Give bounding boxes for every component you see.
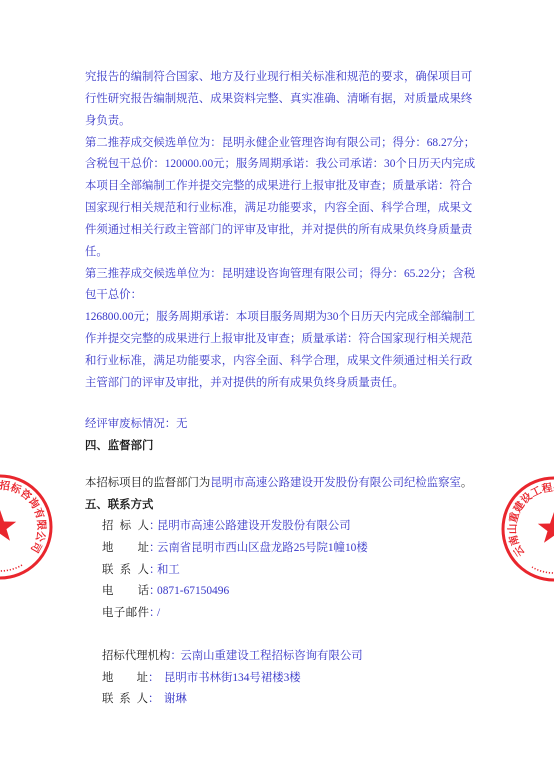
text-line: 究报告的编制符合国家、地方及行业现行相关标准和规范的要求，确保项目可	[85, 67, 495, 89]
contact-row-person: 联 系 人：谢琳	[102, 689, 495, 711]
contact-label: 电子邮件	[102, 603, 149, 625]
continuation-paragraph: 究报告的编制符合国家、地方及行业现行相关标准和规范的要求，确保项目可 行性研究报…	[85, 67, 495, 133]
text-line: 含税包干总价：120000.00元；服务周期承诺：我公司承诺：30个日历天内完成	[85, 154, 495, 176]
contact-value: 云南山重建设工程招标咨询有限公司	[180, 650, 362, 662]
contact-label: 联 系 人	[102, 689, 148, 711]
contact-separator: ：	[149, 581, 157, 603]
supervision-sentence: 本招标项目的监督部门为昆明市高速公路建设开发股份有限公司纪检监察室。	[85, 473, 495, 495]
star-icon	[0, 510, 16, 541]
contact-row-person: 联 系 人：和工	[102, 560, 495, 582]
text-line: 第二推荐成交候选单位为：昆明永健企业管理咨询有限公司；得分：68.27分；	[85, 133, 495, 155]
contact-value: /	[157, 607, 160, 619]
spacer	[85, 624, 495, 646]
text-line: 和行业标准，满足功能要求，内容全面、科学合理，成果文件须通过相关行政	[85, 351, 495, 373]
contact-label: 招标代理机构	[102, 646, 170, 668]
contact-label: 联 系 人	[102, 560, 149, 582]
contact-separator: ：	[149, 538, 157, 560]
third-candidate-paragraph: 第三推荐成交候选单位为：昆明建设咨询管理有限公司；得分：65.22分；含税 包干…	[85, 264, 495, 395]
text-line: 主管部门的评审及审批，并对提供的所有成果负终身质量责任。	[85, 373, 495, 395]
text-line: 包干总价：	[85, 285, 495, 307]
contact-value: 昆明市高速公路建设开发股份有限公司	[157, 520, 351, 532]
contact-row-address: 地 址：昆明市书林街134号裙楼3楼	[102, 668, 495, 690]
contact-value: 昆明市书林街134号裙楼3楼	[164, 672, 301, 684]
text-line: 126800.00元；服务周期承诺：本项目服务周期为30个日历天内完成全部编制工	[85, 307, 495, 329]
candidate-section: 究报告的编制符合国家、地方及行业现行相关标准和规范的要求，确保项目可 行性研究报…	[85, 67, 495, 395]
seal-stamp-left-half: 云南山重建设工程招标咨询有限公司	[0, 467, 60, 587]
contact-separator: ：	[149, 560, 157, 582]
contact-value: 和工	[157, 564, 180, 576]
disqualification-note: 经评审废标情况：无	[85, 414, 495, 436]
seal-stamp-right-half: 云南山重建设工程招标咨询有限公司	[494, 469, 554, 589]
contact-value: 谢琳	[164, 693, 187, 705]
text-line: 国家现行相关规范和行业标准，满足功能要求，内容全面、科学合理，成果文	[85, 198, 495, 220]
contact-separator: ：	[148, 668, 164, 690]
section-heading-contact: 五、联系方式	[85, 495, 495, 517]
contact-label: 地 址	[102, 538, 149, 560]
contact-separator: ：	[149, 516, 157, 538]
agency-contact-list: 招标代理机构：云南山重建设工程招标咨询有限公司 地 址：昆明市书林街134号裙楼…	[85, 646, 495, 711]
star-icon	[538, 512, 554, 543]
contact-separator: ：	[170, 646, 180, 668]
contact-separator: ：	[148, 689, 164, 711]
text-line: 任。	[85, 242, 495, 264]
section-heading-supervision: 四、监督部门	[85, 436, 495, 458]
contact-row-agency: 招标代理机构：云南山重建设工程招标咨询有限公司	[102, 646, 495, 668]
supervision-sentence-suffix: 。	[461, 477, 472, 489]
contact-row-email: 电子邮件：/	[102, 603, 495, 625]
text-line: 作并提交完整的成果进行上报审批及审查；质量承诺：符合国家现行相关规范	[85, 329, 495, 351]
text-line: 件须通过相关行政主管部门的评审及审批，并对提供的所有成果负终身质量责	[85, 220, 495, 242]
contact-value: 0871-67150496	[157, 585, 229, 597]
text-line: 第三推荐成交候选单位为：昆明建设咨询管理有限公司；得分：65.22分；含税	[85, 264, 495, 286]
seal-serial-arc	[0, 565, 22, 571]
seal-text: 云南山重建设工程招标咨询有限公司	[0, 479, 48, 557]
contact-value: 云南省昆明市西山区盘龙路25号院1幢10楼	[157, 542, 368, 554]
tenderer-contact-list: 招 标 人：昆明市高速公路建设开发股份有限公司 地 址：云南省昆明市西山区盘龙路…	[85, 516, 495, 624]
lower-section: 经评审废标情况：无 四、监督部门 本招标项目的监督部门为昆明市高速公路建设开发股…	[85, 414, 495, 711]
contact-label: 地 址	[102, 668, 148, 690]
text-line: 行性研究报告编制规范、成果资料完整、真实准确、清晰有据，对质量成果终	[85, 89, 495, 111]
contact-separator: ：	[149, 603, 157, 625]
contact-label: 招 标 人	[102, 516, 149, 538]
text-line: 身负责。	[85, 111, 495, 133]
contact-row-tenderer: 招 标 人：昆明市高速公路建设开发股份有限公司	[102, 516, 495, 538]
contact-row-phone: 电 话：0871-67150496	[102, 581, 495, 603]
supervisor-name: 昆明市高速公路建设开发股份有限公司纪检监察室	[210, 477, 461, 489]
seal-serial-arc	[532, 567, 554, 573]
seal-text: 云南山重建设工程招标咨询有限公司	[506, 481, 554, 559]
document-page: 究报告的编制符合国家、地方及行业现行相关标准和规范的要求，确保项目可 行性研究报…	[0, 0, 554, 783]
text-line: 本项目全部编制工作并提交完整的成果进行上报审批及审查；质量承诺：符合	[85, 176, 495, 198]
contact-label: 电 话	[102, 581, 149, 603]
second-candidate-paragraph: 第二推荐成交候选单位为：昆明永健企业管理咨询有限公司；得分：68.27分； 含税…	[85, 133, 495, 264]
contact-row-address: 地 址：云南省昆明市西山区盘龙路25号院1幢10楼	[102, 538, 495, 560]
supervision-sentence-prefix: 本招标项目的监督部门为	[85, 477, 210, 489]
